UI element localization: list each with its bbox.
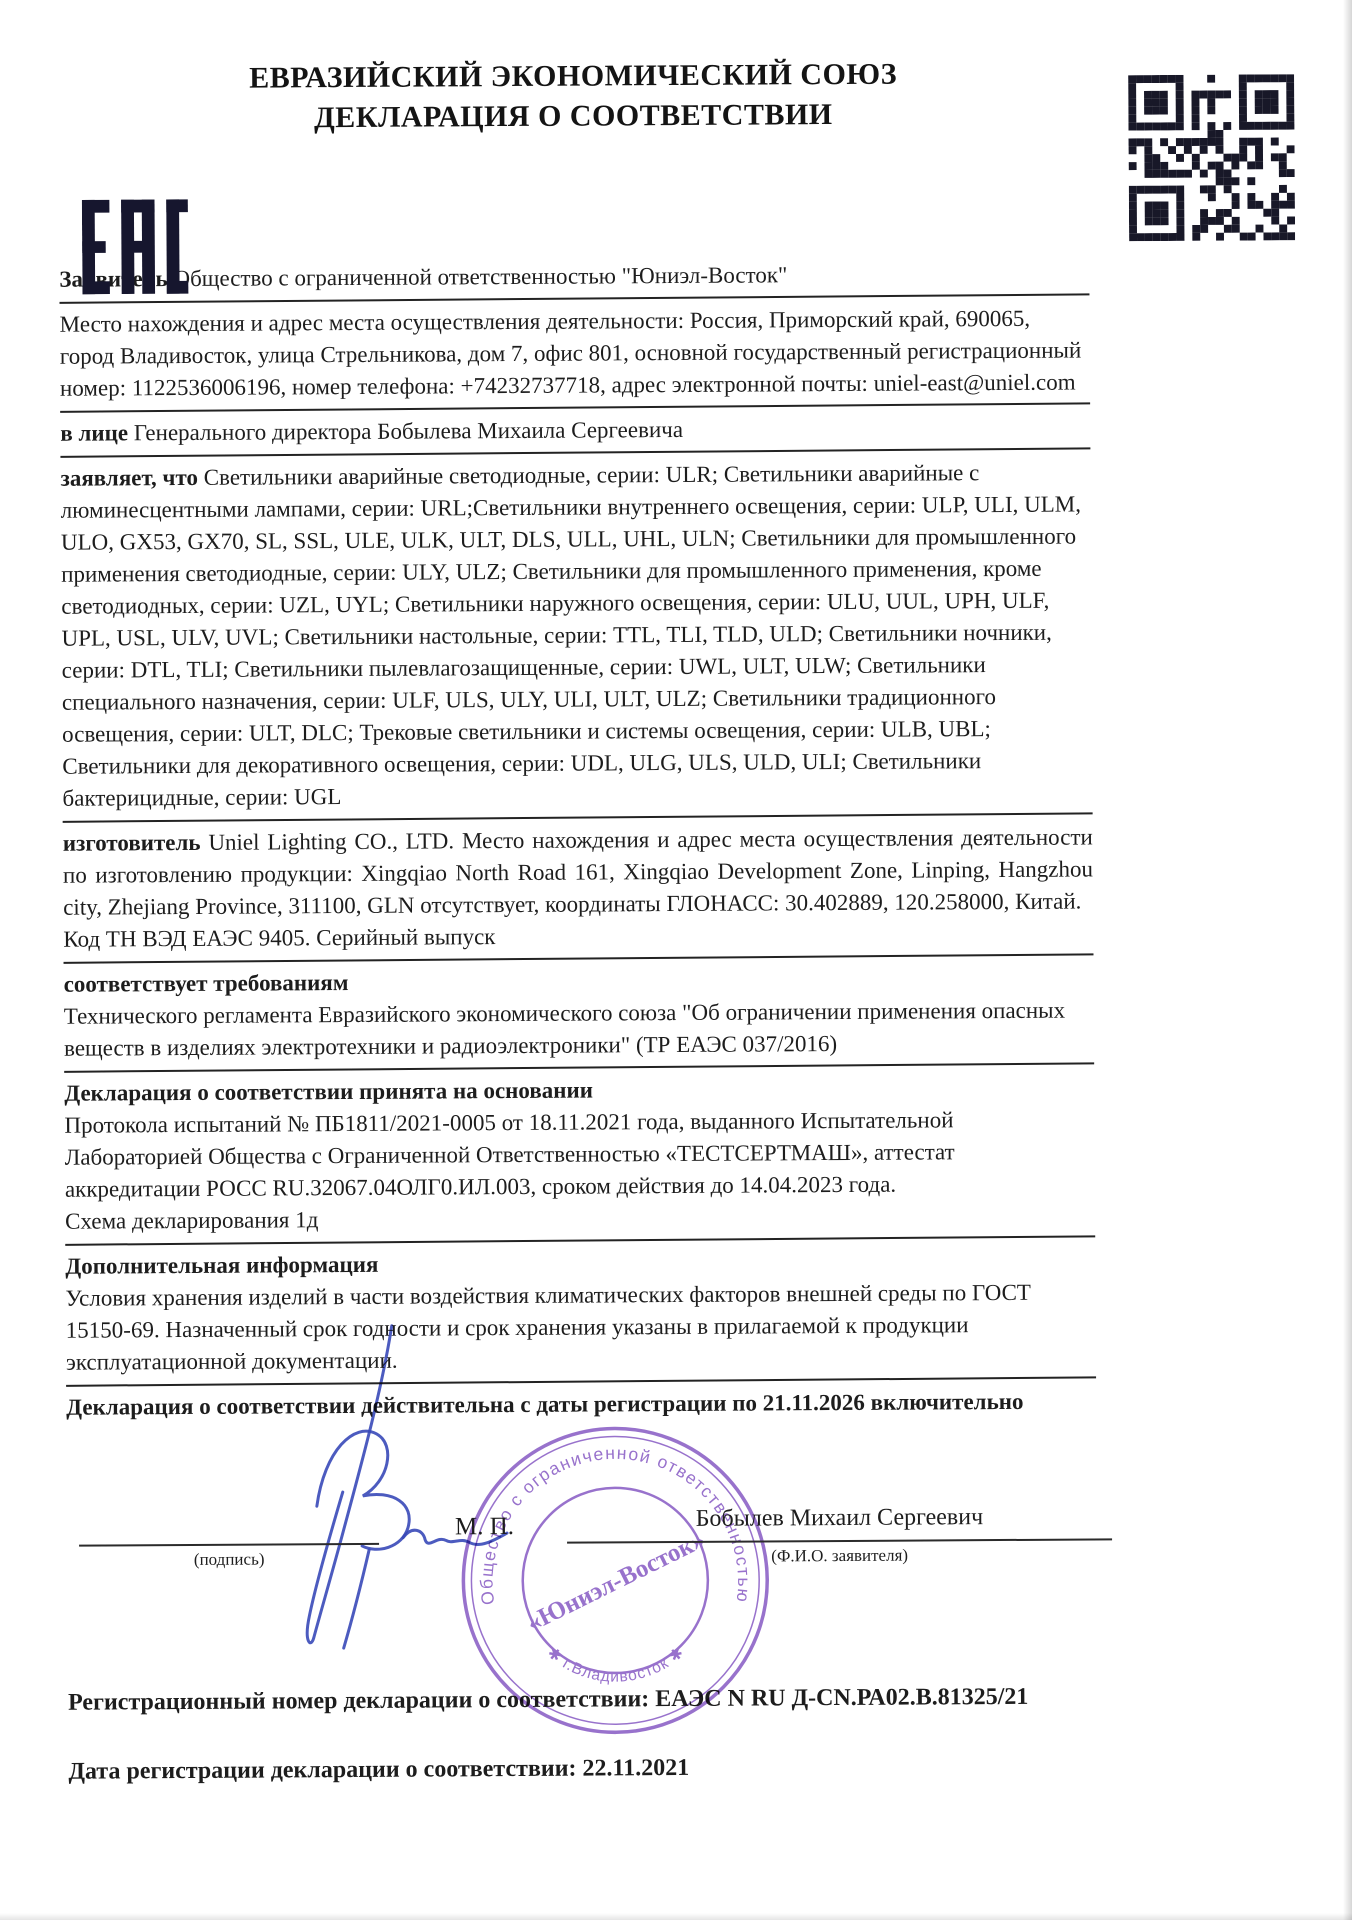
divider xyxy=(65,1235,1095,1245)
divider xyxy=(64,953,1094,963)
svg-text:✱ г.Владивосток ✱: ✱ г.Владивосток ✱ xyxy=(544,1644,688,1687)
compliance-text: Технического регламента Евразийского эко… xyxy=(64,994,1094,1064)
represented-by-label: в лице xyxy=(60,420,128,445)
divider xyxy=(64,1062,1094,1072)
divider xyxy=(66,1376,1096,1386)
manufacturer-value: Uniel Lighting CO., LTD. Место нахождени… xyxy=(63,824,1093,919)
stamp-bottom-text: ✱ г.Владивосток ✱ xyxy=(544,1644,688,1687)
signature-caption: (подпись) xyxy=(79,1549,379,1571)
divider xyxy=(63,812,1093,822)
declares-value: Светильники аварийные светодиодные, сери… xyxy=(61,460,1081,811)
registration-date-line: Дата регистрации декларации о соответств… xyxy=(68,1752,1098,1785)
scheme-line: Схема декларирования 1д xyxy=(65,1199,1095,1237)
declared-products: заявляет, что Светильники аварийные свет… xyxy=(60,456,1092,814)
basis-text: Протокола испытаний № ПБ1811/2021-0005 о… xyxy=(64,1103,1095,1205)
tn-ved-line: Код ТН ВЭД ЕАЭС 9405. Серийный выпуск xyxy=(63,917,1093,955)
applicant-address: Место нахождения и адрес места осуществл… xyxy=(60,302,1091,404)
stamp-place-label: М. П. xyxy=(455,1513,514,1541)
additional-info-text: Условия хранения изделий в части воздейс… xyxy=(65,1276,1096,1378)
manufacturer-info: изготовитель Uniel Lighting CO., LTD. Ме… xyxy=(63,821,1094,923)
company-stamp: Общество с ограниченной ответственностью… xyxy=(448,1413,782,1747)
manufacturer-label: изготовитель xyxy=(63,830,201,856)
represented-by-value: Генерального директора Бобылева Михаила … xyxy=(128,417,683,445)
applicant-line: Заявитель Общество с ограниченной ответс… xyxy=(59,257,1089,295)
eac-logo xyxy=(82,199,189,295)
title-line-declaration: ДЕКЛАРАЦИЯ О СООТВЕТСТВИИ xyxy=(58,93,1088,139)
divider xyxy=(60,447,1090,457)
represented-by-line: в лице Генерального директора Бобылева М… xyxy=(60,411,1090,449)
applicant-value: Общество с ограниченной ответственностью… xyxy=(168,262,788,291)
signature-block: Общество с ограниченной ответственностью… xyxy=(66,1423,1097,1667)
name-caption: (Ф.И.О. заявителя) xyxy=(567,1544,1112,1567)
applicant-name: Бобылев Михаил Сергеевич xyxy=(567,1503,1112,1533)
divider xyxy=(59,293,1089,303)
divider xyxy=(60,402,1090,412)
qr-code-icon xyxy=(1128,74,1295,241)
declares-label: заявляет, что xyxy=(60,465,198,491)
declaration-document: ЕВРАЗИЙСКИЙ ЭКОНОМИЧЕСКИЙ СОЮЗ ДЕКЛАРАЦИ… xyxy=(0,0,1352,1920)
title-line-union: ЕВРАЗИЙСКИЙ ЭКОНОМИЧЕСКИЙ СОЮЗ xyxy=(58,53,1088,99)
document-title: ЕВРАЗИЙСКИЙ ЭКОНОМИЧЕСКИЙ СОЮЗ ДЕКЛАРАЦИ… xyxy=(58,53,1088,139)
